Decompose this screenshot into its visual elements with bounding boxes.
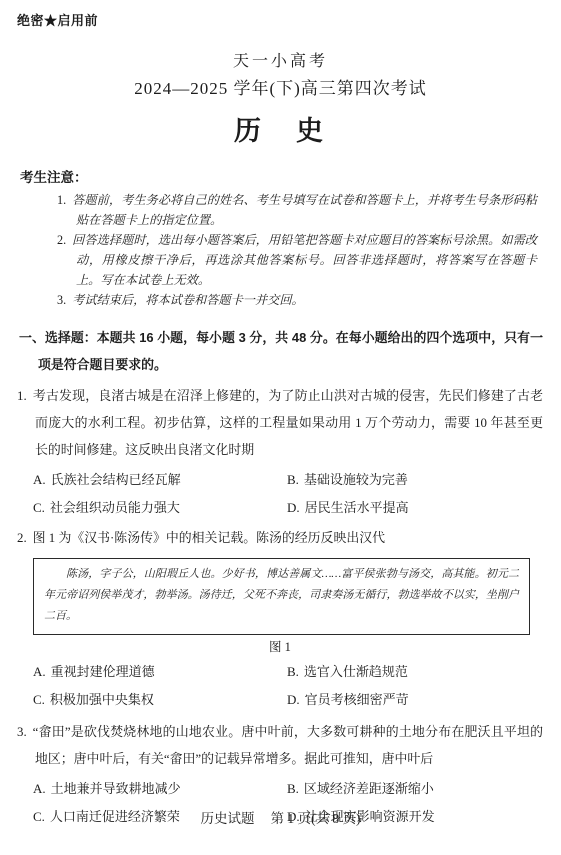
option-label: B.: [287, 781, 299, 796]
question-stem: 2.图 1 为《汉书·陈汤传》中的相关记载。陈汤的经历反映出汉代: [17, 525, 543, 552]
option-text: 土地兼并导致耕地减少: [51, 781, 181, 796]
option-b: B.基础设施较为完善: [287, 466, 541, 494]
question-stem-text: 图 1 为《汉书·陈汤传》中的相关记载。陈汤的经历反映出汉代: [33, 531, 385, 545]
exam-session-title: 2024—2025 学年(下)高三第四次考试: [0, 78, 561, 100]
question-options: A.重视封建伦理道德 B.选官入仕渐趋规范 C.积极加强中央集权 D.官员考核细…: [33, 658, 543, 714]
question-stem: 3.“畲田”是砍伐焚烧林地的山地农业。唐中叶前，大多数可耕种的土地分布在肥沃且平…: [17, 719, 543, 773]
option-d: D.官员考核细密严苛: [287, 686, 541, 714]
paper-header: 天一小高考 2024—2025 学年(下)高三第四次考试 历 史: [0, 52, 561, 148]
option-row: A.重视封建伦理道德 B.选官入仕渐趋规范: [33, 658, 543, 686]
question-options: A.氏族社会结构已经瓦解 B.基础设施较为完善 C.社会组织动员能力强大 D.居…: [33, 466, 543, 522]
question-number: 2.: [17, 531, 27, 545]
notice-item-number: 1.: [57, 193, 66, 207]
option-text: 基础设施较为完善: [304, 472, 408, 487]
notice-title: 考生注意：: [20, 169, 541, 187]
option-text: 积极加强中央集权: [50, 692, 154, 707]
footer-page-info: 第 1 页(共 8 页): [271, 811, 361, 826]
option-a: A.土地兼并导致耕地减少: [33, 775, 287, 803]
option-label: A.: [33, 781, 46, 796]
question-number: 1.: [17, 389, 27, 403]
notice-item: 3.考试结束后，将本试卷和答题卡一并交回。: [57, 290, 537, 310]
source-quote-text: 陈汤，字子公，山阳瑕丘人也。少好书，博达善属文……富平侯张勃与汤交，高其能。初元…: [44, 564, 519, 627]
notice-item-number: 2.: [57, 233, 66, 247]
option-text: 重视封建伦理道德: [51, 664, 155, 679]
option-row: A.氏族社会结构已经瓦解 B.基础设施较为完善: [33, 466, 543, 494]
question-stem: 1.考古发现，良渚古城是在沼泽上修建的，为了防止山洪对古城的侵害，先民们修建了古…: [17, 383, 543, 464]
notice-item: 2.回答选择题时，选出每小题答案后，用铅笔把答题卡对应题目的答案标号涂黑。如需改…: [57, 230, 537, 290]
option-text: 选官入仕渐趋规范: [304, 664, 408, 679]
subject-title: 历 史: [0, 114, 561, 148]
exam-brand-title: 天一小高考: [0, 52, 561, 72]
option-label: A.: [33, 664, 46, 679]
option-label: D.: [287, 692, 300, 707]
option-d: D.居民生活水平提高: [287, 494, 541, 522]
option-c: C.社会组织动员能力强大: [33, 494, 287, 522]
option-label: C.: [33, 500, 45, 515]
option-label: B.: [287, 664, 299, 679]
option-label: B.: [287, 472, 299, 487]
question-2: 2.图 1 为《汉书·陈汤传》中的相关记载。陈汤的经历反映出汉代 陈汤，字子公，…: [17, 525, 543, 714]
option-text: 区域经济差距逐渐缩小: [304, 781, 434, 796]
option-row: A.土地兼并导致耕地减少 B.区域经济差距逐渐缩小: [33, 775, 543, 803]
question-1: 1.考古发现，良渚古城是在沼泽上修建的，为了防止山洪对古城的侵害，先民们修建了古…: [17, 383, 543, 522]
option-a: A.重视封建伦理道德: [33, 658, 287, 686]
option-text: 氏族社会结构已经瓦解: [51, 472, 181, 487]
figure-caption: 图 1: [17, 639, 543, 656]
source-quote-box: 陈汤，字子公，山阳瑕丘人也。少好书，博达善属文……富平侯张勃与汤交，高其能。初元…: [33, 558, 530, 635]
candidate-notice: 考生注意： 1.答题前，考生务必将自己的姓名、考生号填写在试卷和答题卡上，并将考…: [20, 169, 541, 310]
option-row: C.积极加强中央集权 D.官员考核细密严苛: [33, 686, 543, 714]
option-b: B.区域经济差距逐渐缩小: [287, 775, 541, 803]
notice-items: 1.答题前，考生务必将自己的姓名、考生号填写在试卷和答题卡上，并将考生号条形码粘…: [20, 190, 541, 310]
page-footer: 历史试题第 1 页(共 8 页): [0, 810, 561, 828]
option-text: 官员考核细密严苛: [305, 692, 409, 707]
footer-doc-title: 历史试题: [201, 811, 255, 826]
question-stem-text: 考古发现，良渚古城是在沼泽上修建的，为了防止山洪对古城的侵害，先民们修建了古老而…: [33, 389, 543, 457]
option-text: 居民生活水平提高: [305, 500, 409, 515]
question-number: 3.: [17, 725, 27, 739]
option-label: A.: [33, 472, 46, 487]
option-c: C.积极加强中央集权: [33, 686, 287, 714]
notice-item-text: 考试结束后，将本试卷和答题卡一并交回。: [72, 293, 304, 307]
question-stem-text: “畲田”是砍伐焚烧林地的山地农业。唐中叶前，大多数可耕种的土地分布在肥沃且平坦的…: [33, 725, 543, 766]
notice-item: 1.答题前，考生务必将自己的姓名、考生号填写在试卷和答题卡上，并将考生号条形码粘…: [57, 190, 537, 230]
option-label: C.: [33, 692, 45, 707]
notice-item-text: 回答选择题时，选出每小题答案后，用铅笔把答题卡对应题目的答案标号涂黑。如需改动，…: [72, 233, 537, 287]
option-row: C.社会组织动员能力强大 D.居民生活水平提高: [33, 494, 543, 522]
exam-paper-page: 绝密★启用前 天一小高考 2024—2025 学年(下)高三第四次考试 历 史 …: [0, 0, 561, 855]
option-a: A.氏族社会结构已经瓦解: [33, 466, 287, 494]
notice-item-number: 3.: [57, 293, 66, 307]
section-one-heading: 一、选择题：本题共 16 小题，每小题 3 分，共 48 分。在每小题给出的四个…: [19, 324, 543, 378]
option-text: 社会组织动员能力强大: [50, 500, 180, 515]
classification-banner: 绝密★启用前: [17, 13, 561, 28]
option-label: D.: [287, 500, 300, 515]
notice-item-text: 答题前，考生务必将自己的姓名、考生号填写在试卷和答题卡上，并将考生号条形码粘贴在…: [72, 193, 537, 227]
option-b: B.选官入仕渐趋规范: [287, 658, 541, 686]
